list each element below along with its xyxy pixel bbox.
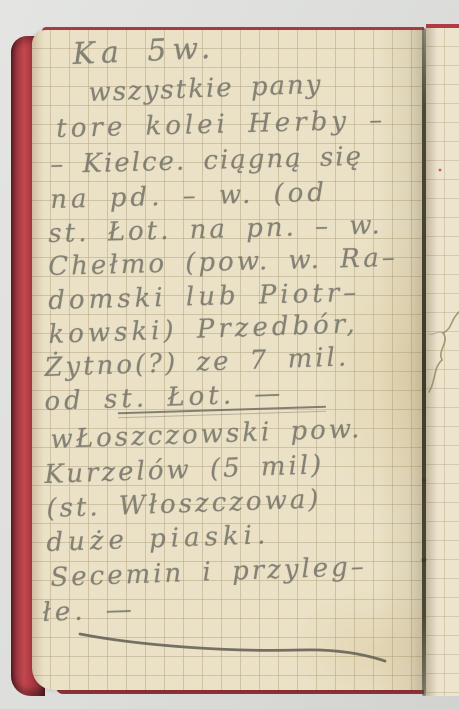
handwriting-line: Chełmo (pow. w. Ra– (48, 245, 398, 280)
handwriting-line: (st. Włoszczowa) (46, 486, 322, 522)
handwriting-line: na pd. – w. (od (50, 180, 328, 213)
handwriting-line: wŁoszczowski pow. (50, 416, 363, 453)
handwriting-line: kowski) Przedbór, (48, 311, 359, 348)
handwriting-line: Ka 5w. (72, 34, 217, 70)
handwriting-line: domski lub Piotr– (48, 280, 361, 314)
handwriting-line: Kurzelów (5 mil) (44, 452, 325, 488)
handwriting-line: Secemin i przyleg– (50, 554, 367, 591)
handwriting-line: Żytno(?) ze 7 mil. (44, 344, 350, 381)
handwriting-line: łe. — (42, 597, 136, 626)
notebook-page: Ka 5w. wszystkie pany tore kolei Herby –… (32, 30, 424, 690)
facing-page-edge (426, 28, 459, 696)
handwriting-line: tore kolei Herby – (56, 107, 387, 142)
handwriting-line: duże piaski. (46, 522, 271, 556)
handwriting-line: wszystkie pany (88, 72, 323, 106)
photo-backdrop: Ka 5w. wszystkie pany tore kolei Herby –… (0, 0, 459, 709)
handwriting-line: – Kielce. ciągną się (50, 144, 363, 178)
handwriting-line: st. Łot. na pn. – w. (48, 212, 383, 247)
